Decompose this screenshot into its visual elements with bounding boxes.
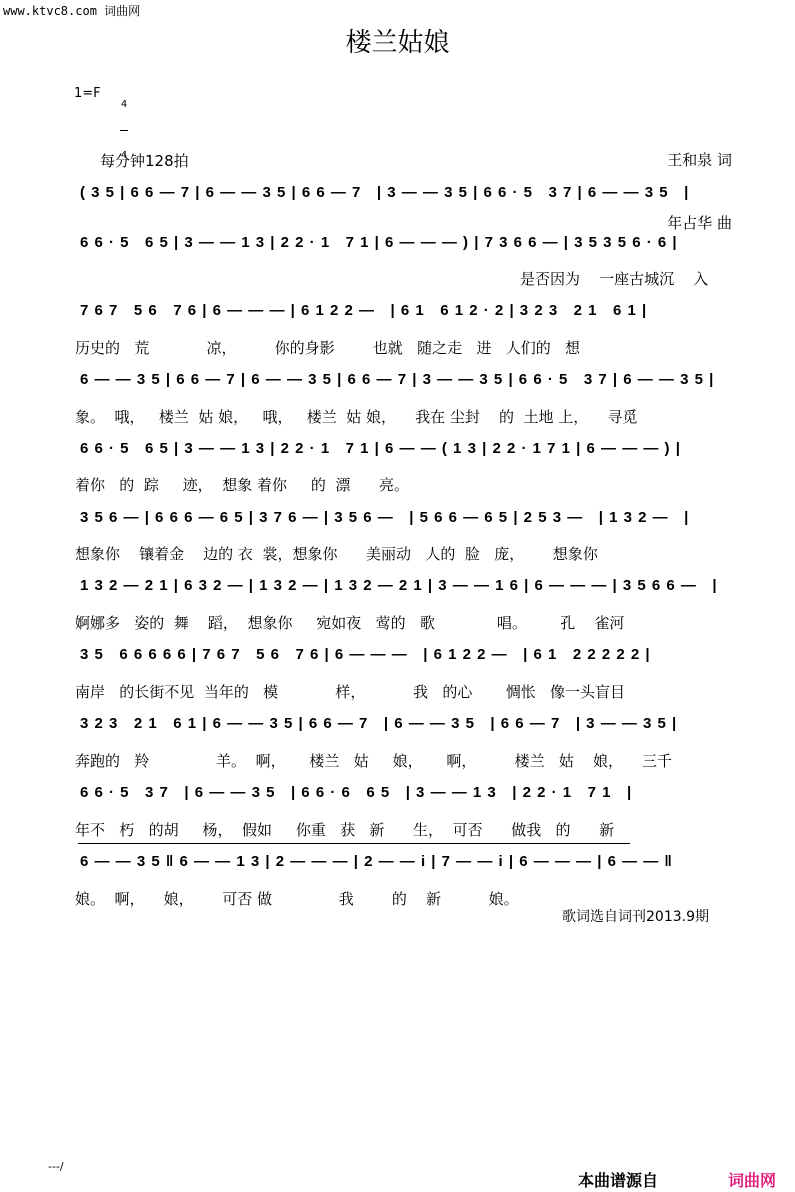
tempo-marking: 每分钟128拍 xyxy=(100,150,189,171)
score-row-7-notes: 1 3 2 — 2 1 | 6 3 2 — | 1 3 2 — | 1 3 2 … xyxy=(80,577,718,594)
score-row-3-notes: 7 6 7 5 6 7 6 | 6 — — — | 6 1 2 2 — | 6 … xyxy=(80,302,647,319)
credits: 王和泉 词 年占华 曲 xyxy=(650,108,732,255)
site-watermark: www.ktvc8.com 词曲网 xyxy=(3,2,140,19)
score-row-2-lyrics: 是否因为 一座古城沉 入 xyxy=(520,268,708,289)
footer-source-label: 本曲谱源自 xyxy=(578,1168,658,1191)
score-row-7-lyrics: 婀娜多 姿的 舞 蹈， 想象你 宛如夜 莺的 歌 唱。 孔 雀河 xyxy=(75,612,624,633)
lyrics-source-note: 歌词选自词刊2013.9期 xyxy=(562,906,709,926)
score-row-10-lyrics: 年不 朽 的胡 杨， 假如 你重 获 新 生， 可否 做我 的 新 xyxy=(75,819,614,840)
lyricist-credit: 王和泉 词 xyxy=(650,150,732,171)
footer-dash: ---/ xyxy=(48,1160,64,1173)
score-row-5-lyrics: 着你 的 踪 迹， 想象 着你 的 漂 亮。 xyxy=(75,474,409,495)
score-row-10-notes: 6 6 · 5 3 7 | 6 — — 3 5 | 6 6 · 6 6 5 | … xyxy=(80,784,632,801)
score-row-5-notes: 6 6 · 5 6 5 | 3 — — 1 3 | 2 2 · 1 7 1 | … xyxy=(80,440,681,457)
song-title: 楼兰姑娘 xyxy=(0,22,795,59)
time-sig-divider xyxy=(120,130,128,131)
score-row-8-notes: 3 5 6 6 6 6 6 | 7 6 7 5 6 7 6 | 6 — — — … xyxy=(80,646,651,663)
score-row-4-notes: 6 — — 3 5 | 6 6 — 7 | 6 — — 3 5 | 6 6 — … xyxy=(80,371,714,388)
volta-bracket xyxy=(78,843,630,844)
score-row-6-lyrics: 想象你 镶着金 边的 衣 裳，想象你 美丽动 人的 脸 庞， 想象你 xyxy=(75,543,598,564)
key-signature: 1=F xyxy=(74,86,101,101)
composer-credit: 年占华 曲 xyxy=(650,213,732,234)
score-row-9-notes: 3 2 3 2 1 6 1 | 6 — — 3 5 | 6 6 — 7 | 6 … xyxy=(80,715,677,732)
score-row-8-lyrics: 南岸 的长街不见 当年的 模 样， 我 的心 惆怅 像一头盲目 xyxy=(75,681,625,702)
score-row-4-lyrics: 象。 哦， 楼兰 姑 娘， 哦， 楼兰 姑 娘， 我在 尘封 的 土地 上， 寻… xyxy=(75,406,637,427)
score-row-2-notes: 6 6 · 5 6 5 | 3 — — 1 3 | 2 2 · 1 7 1 | … xyxy=(80,234,678,251)
score-row-11-lyrics: 娘。 啊， 娘， 可否 做 我 的 新 娘。 xyxy=(75,888,519,909)
score-row-1-notes: ( 3 5 | 6 6 — 7 | 6 — — 3 5 | 6 6 — 7 | … xyxy=(80,184,689,201)
score-row-11-notes: 6 — — 3 5 ‖ 6 — — 1 3 | 2 — — — | 2 — — … xyxy=(80,853,673,870)
score-row-3-lyrics: 历史的 荒 凉， 你的身影 也就 随之走 进 人们的 想 xyxy=(75,337,580,358)
time-sig-top: 4 xyxy=(120,100,128,110)
score-row-9-lyrics: 奔跑的 羚 羊。 啊， 楼兰 姑 娘， 啊， 楼兰 姑 娘， 三千 xyxy=(75,750,672,771)
footer-brand[interactable]: 词曲网 xyxy=(728,1168,776,1191)
score-row-6-notes: 3 5 6 — | 6 6 6 — 6 5 | 3 7 6 — | 3 5 6 … xyxy=(80,509,689,526)
